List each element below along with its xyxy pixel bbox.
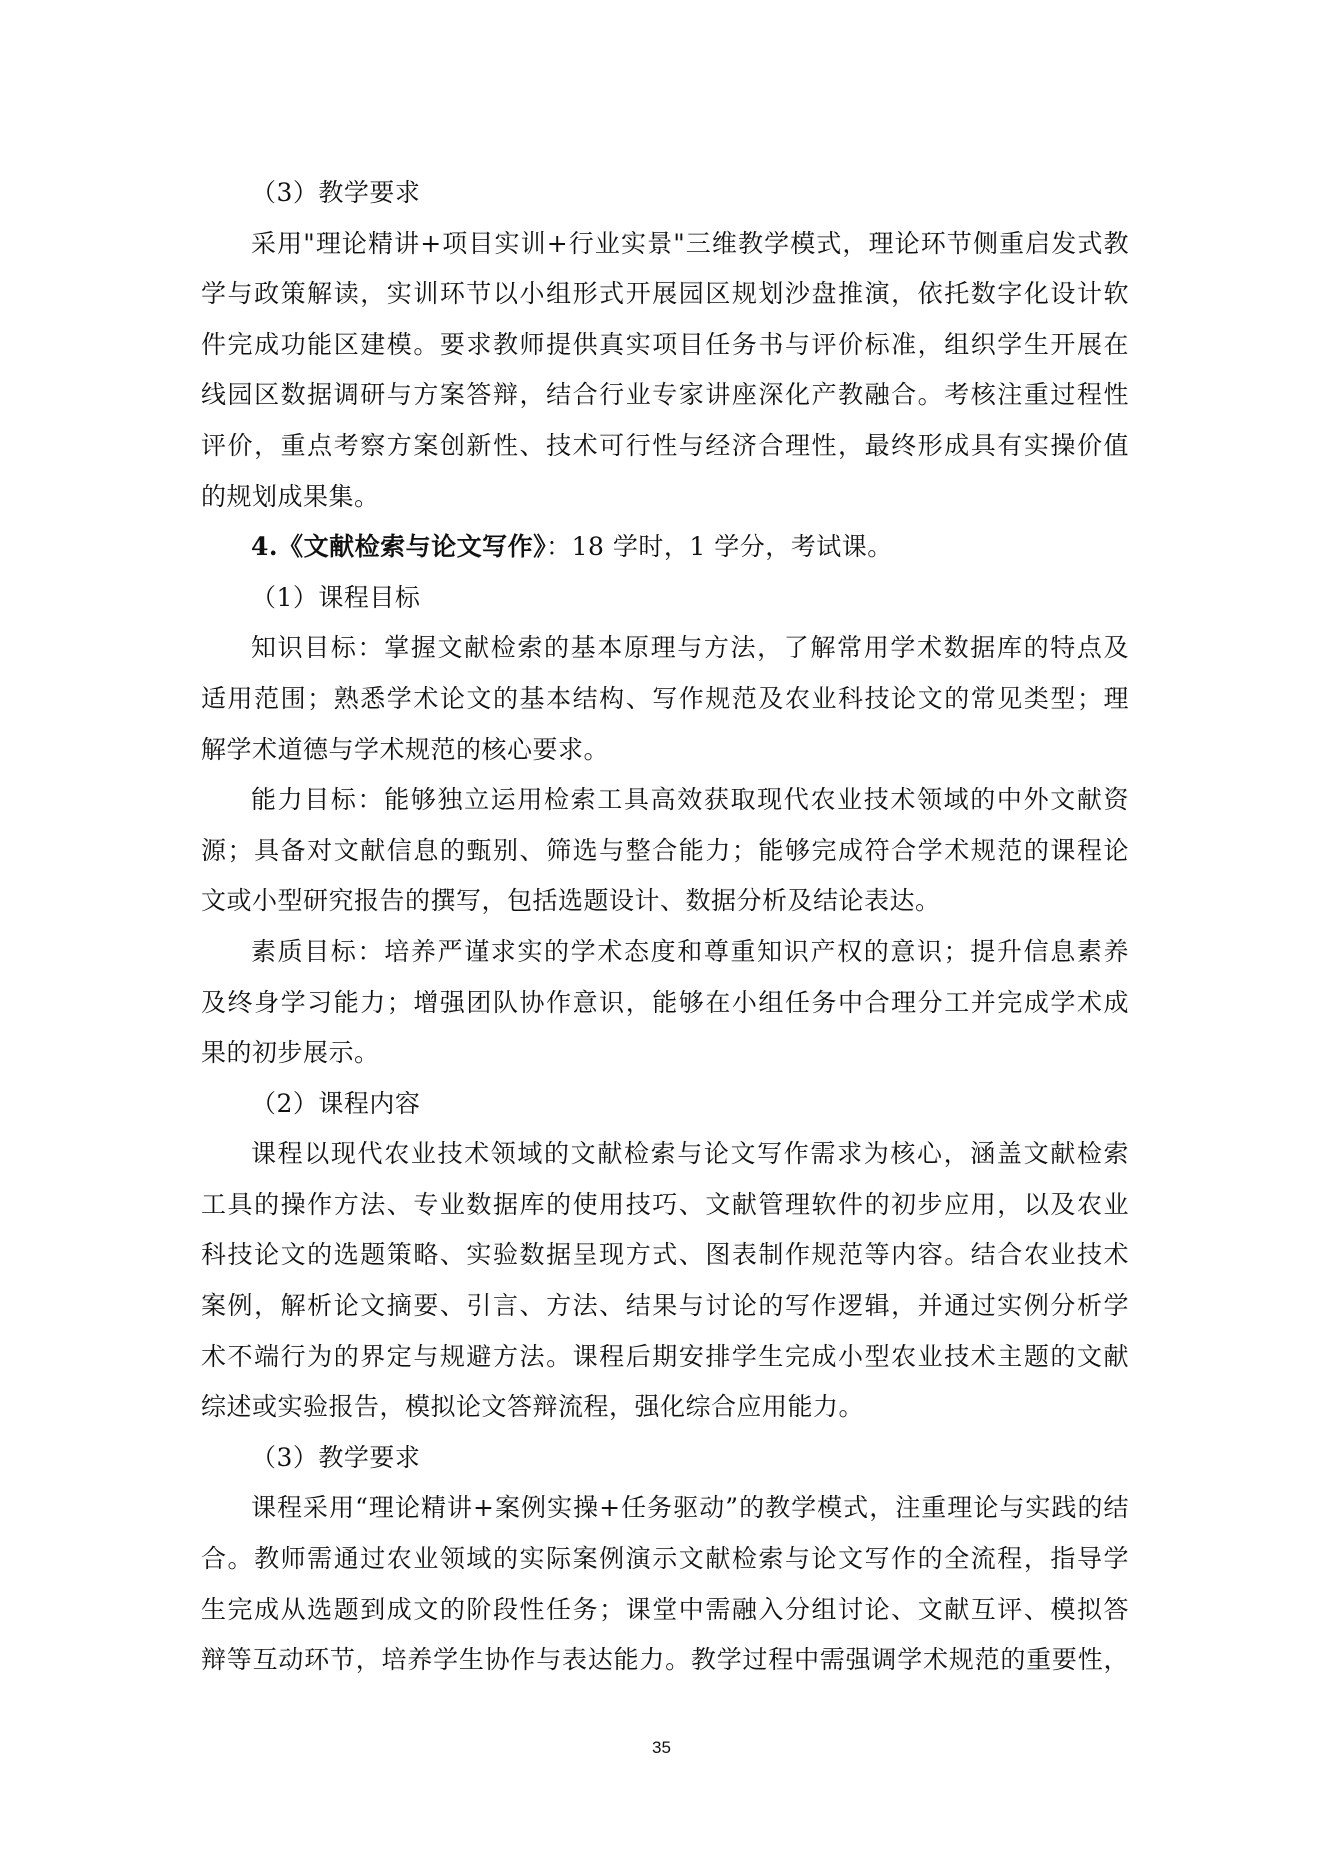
line-text: 知识目标：掌握文献检索的基本原理与方法，了解常用学术数据库的特点及	[251, 633, 1129, 662]
text-line: 适用范围；熟悉学术论文的基本结构、写作规范及农业科技论文的常见类型；理	[201, 674, 1129, 725]
text-line: 综述或实验报告，模拟论文答辩流程，强化综合应用能力。	[201, 1382, 1129, 1433]
text-line: 评价，重点考察方案创新性、技术可行性与经济合理性，最终形成具有实操价值	[201, 421, 1129, 472]
line-text: ：18 学时，1 学分，考试课。	[546, 532, 893, 561]
text-line: 辩等互动环节，培养学生协作与表达能力。教学过程中需强调学术规范的重要性，	[201, 1635, 1129, 1686]
text-line: 采用"理论精讲+项目实训+行业实景"三维教学模式，理论环节侧重启发式教	[201, 219, 1129, 270]
line-text: 课程采用“理论精讲+案例实操+任务驱动”的教学模式，注重理论与实践的结	[251, 1493, 1129, 1522]
line-text: 能力目标：能够独立运用检索工具高效获取现代农业技术领域的中外文献资	[251, 785, 1129, 814]
line-text: 评价，重点考察方案创新性、技术可行性与经济合理性，最终形成具有实操价值	[201, 431, 1129, 460]
line-text: 课程以现代农业技术领域的文献检索与论文写作需求为核心，涵盖文献检索	[251, 1139, 1129, 1168]
text-line: 案例，解析论文摘要、引言、方法、结果与讨论的写作逻辑，并通过实例分析学	[201, 1281, 1129, 1332]
line-text: 案例，解析论文摘要、引言、方法、结果与讨论的写作逻辑，并通过实例分析学	[201, 1291, 1129, 1320]
text-line: 及终身学习能力；增强团队协作意识，能够在小组任务中合理分工并完成学术成	[201, 978, 1129, 1029]
text-line: 术不端行为的界定与规避方法。课程后期安排学生完成小型农业技术主题的文献	[201, 1332, 1129, 1383]
text-line: 课程以现代农业技术领域的文献检索与论文写作需求为核心，涵盖文献检索	[201, 1129, 1129, 1180]
text-line: 生完成从选题到成文的阶段性任务；课堂中需融入分组讨论、文献互评、模拟答	[201, 1585, 1129, 1636]
line-text: 学与政策解读，实训环节以小组形式开展园区规划沙盘推演，依托数字化设计软	[201, 279, 1129, 308]
line-text: 源；具备对文献信息的甄别、筛选与整合能力；能够完成符合学术规范的课程论	[201, 836, 1129, 865]
text-line: （3）教学要求	[201, 1433, 1129, 1484]
line-text: 科技论文的选题策略、实验数据呈现方式、图表制作规范等内容。结合农业技术	[201, 1240, 1129, 1269]
text-line: 果的初步展示。	[201, 1028, 1129, 1079]
text-line: 源；具备对文献信息的甄别、筛选与整合能力；能够完成符合学术规范的课程论	[201, 826, 1129, 877]
text-line: （3）教学要求	[201, 168, 1129, 219]
line-text: （3）教学要求	[251, 178, 420, 207]
line-text: 术不端行为的界定与规避方法。课程后期安排学生完成小型农业技术主题的文献	[201, 1342, 1129, 1371]
line-text: 综述或实验报告，模拟论文答辩流程，强化综合应用能力。	[201, 1392, 864, 1421]
line-text: 文或小型研究报告的撰写，包括选题设计、数据分析及结论表达。	[201, 886, 941, 915]
line-text: 的规划成果集。	[201, 482, 380, 511]
text-line: 线园区数据调研与方案答辩，结合行业专家讲座深化产教融合。考核注重过程性	[201, 370, 1129, 421]
line-text: 合。教师需通过农业领域的实际案例演示文献检索与论文写作的全流程，指导学	[201, 1544, 1129, 1573]
text-line: 能力目标：能够独立运用检索工具高效获取现代农业技术领域的中外文献资	[201, 775, 1129, 826]
text-line: 的规划成果集。	[201, 472, 1129, 523]
text-line: 素质目标：培养严谨求实的学术态度和尊重知识产权的意识；提升信息素养	[201, 927, 1129, 978]
text-line: 学与政策解读，实训环节以小组形式开展园区规划沙盘推演，依托数字化设计软	[201, 269, 1129, 320]
course-title: 4.《文献检索与论文写作》	[251, 532, 546, 561]
text-line: 科技论文的选题策略、实验数据呈现方式、图表制作规范等内容。结合农业技术	[201, 1230, 1129, 1281]
text-line: 合。教师需通过农业领域的实际案例演示文献检索与论文写作的全流程，指导学	[201, 1534, 1129, 1585]
line-text: （2）课程内容	[251, 1089, 420, 1118]
line-text: 线园区数据调研与方案答辩，结合行业专家讲座深化产教融合。考核注重过程性	[201, 380, 1129, 409]
line-text: （1）课程目标	[251, 583, 420, 612]
text-line: 件完成功能区建模。要求教师提供真实项目任务书与评价标准，组织学生开展在	[201, 320, 1129, 371]
line-text: 生完成从选题到成文的阶段性任务；课堂中需融入分组讨论、文献互评、模拟答	[201, 1595, 1129, 1624]
line-text: 果的初步展示。	[201, 1038, 380, 1067]
document-page: （3）教学要求采用"理论精讲+项目实训+行业实景"三维教学模式，理论环节侧重启发…	[201, 168, 1129, 1686]
text-line: （2）课程内容	[201, 1079, 1129, 1130]
text-line: 知识目标：掌握文献检索的基本原理与方法，了解常用学术数据库的特点及	[201, 623, 1129, 674]
text-line: 解学术道德与学术规范的核心要求。	[201, 725, 1129, 776]
line-text: 及终身学习能力；增强团队协作意识，能够在小组任务中合理分工并完成学术成	[201, 988, 1129, 1017]
line-text: 工具的操作方法、专业数据库的使用技巧、文献管理软件的初步应用，以及农业	[201, 1190, 1129, 1219]
text-line: 工具的操作方法、专业数据库的使用技巧、文献管理软件的初步应用，以及农业	[201, 1180, 1129, 1231]
text-line: 课程采用“理论精讲+案例实操+任务驱动”的教学模式，注重理论与实践的结	[201, 1483, 1129, 1534]
line-text: 解学术道德与学术规范的核心要求。	[201, 735, 609, 764]
line-text: 适用范围；熟悉学术论文的基本结构、写作规范及农业科技论文的常见类型；理	[201, 684, 1129, 713]
line-text: （3）教学要求	[251, 1443, 420, 1472]
line-text: 件完成功能区建模。要求教师提供真实项目任务书与评价标准，组织学生开展在	[201, 330, 1129, 359]
line-text: 采用"理论精讲+项目实训+行业实景"三维教学模式，理论环节侧重启发式教	[251, 229, 1129, 258]
text-line: 文或小型研究报告的撰写，包括选题设计、数据分析及结论表达。	[201, 876, 1129, 927]
line-text: 辩等互动环节，培养学生协作与表达能力。教学过程中需强调学术规范的重要性，	[201, 1645, 1129, 1674]
text-line: （1）课程目标	[201, 573, 1129, 624]
page-number: 35	[0, 1738, 1323, 1758]
line-text: 素质目标：培养严谨求实的学术态度和尊重知识产权的意识；提升信息素养	[251, 937, 1129, 966]
text-line: 4.《文献检索与论文写作》：18 学时，1 学分，考试课。	[201, 522, 1129, 573]
